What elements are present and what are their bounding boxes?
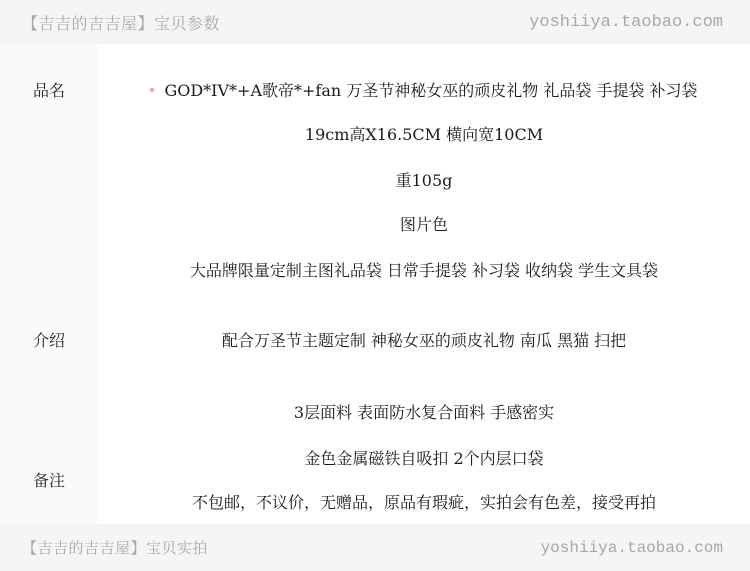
notes-material-line: 3层面料 表面防水复合面料 手感密实 bbox=[98, 400, 750, 423]
footer-bar: 【吉吉的吉吉屋】宝贝实拍 yoshiiya.taobao.com bbox=[0, 524, 750, 571]
bullet-icon bbox=[150, 88, 154, 92]
header-shop-url: yoshiiya.taobao.com bbox=[529, 13, 723, 32]
header-bar: 【吉吉的吉吉屋】宝贝参数 yoshiiya.taobao.com bbox=[0, 0, 750, 44]
header-shop-title: 【吉吉的吉吉屋】宝贝参数 bbox=[22, 11, 220, 34]
product-name-line: GOD*IV*+A歌帝*+fan 万圣节神秘女巫的顽皮礼物 礼品袋 手提袋 补习… bbox=[98, 78, 750, 101]
footer-shop-url: yoshiiya.taobao.com bbox=[541, 539, 723, 557]
product-name-text: GOD*IV*+A歌帝*+fan 万圣节神秘女巫的顽皮礼物 礼品袋 手提袋 补习… bbox=[164, 81, 697, 100]
label-column bbox=[0, 44, 98, 524]
label-product-name: 品名 bbox=[0, 78, 98, 101]
label-notes: 备注 bbox=[0, 468, 98, 491]
label-intro: 介绍 bbox=[0, 328, 98, 351]
intro-line: 配合万圣节主题定制 神秘女巫的顽皮礼物 南瓜 黑猫 扫把 bbox=[98, 328, 750, 351]
product-weight-line: 重105g bbox=[98, 168, 750, 191]
footer-shop-title: 【吉吉的吉吉屋】宝贝实拍 bbox=[22, 537, 208, 558]
notes-clasp-line: 金色金属磁铁自吸扣 2个内层口袋 bbox=[98, 446, 750, 469]
product-color-line: 图片色 bbox=[98, 212, 750, 235]
notes-policy-line: 不包邮，不议价，无赠品，原品有瑕疵，实拍会有色差，接受再拍 bbox=[98, 490, 750, 513]
product-use-line: 大品牌限量定制主图礼品袋 日常手提袋 补习袋 收纳袋 学生文具袋 bbox=[98, 258, 750, 281]
product-size-line: 19cm高X16.5CM 横向宽10CM bbox=[98, 122, 750, 145]
